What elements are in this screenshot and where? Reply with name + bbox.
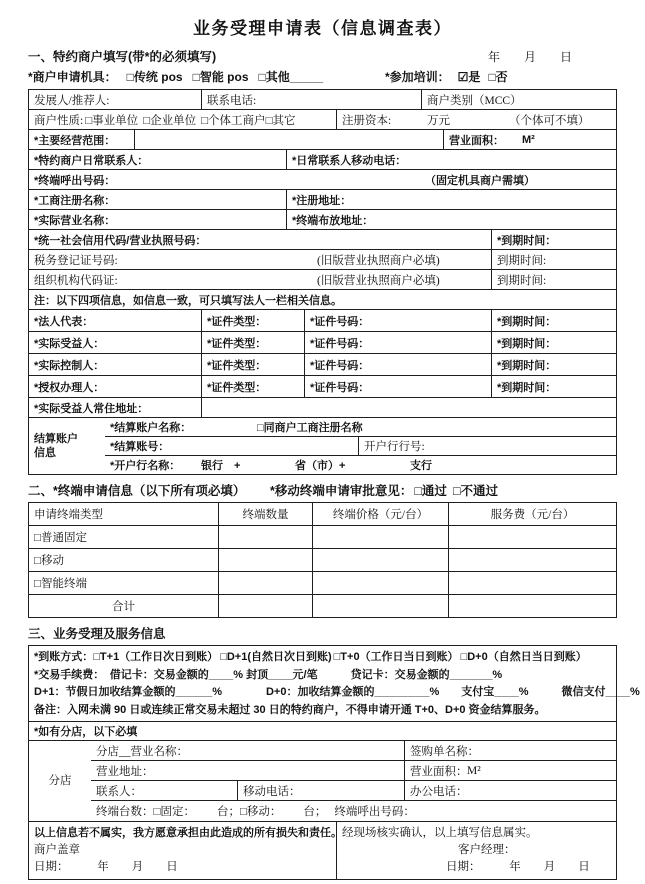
checkbox-approval-fail[interactable]: □不通过 [453,481,498,499]
checkbox-nature-individual[interactable]: □个体工商户 [201,112,265,128]
bank-name-part-subbranch: 支行 [410,457,432,473]
checkbox-nature-institution[interactable]: □事业单位 [85,112,138,128]
application-form-page: 业务受理申请表（信息调查表） 一、特约商户填写(带*的必须填写) 年 月 日 *… [0,0,645,880]
fee-cell [448,549,616,571]
arrival-method-label: *到账方式： [34,649,93,667]
four-items-note: 注：以下四项信息，如信息一致，可只填写法人一栏相关信息。 [29,290,616,309]
capital-note: （个体可不填） [509,112,590,128]
business-scope-input-area [134,130,443,149]
cert-type-label: *证件类型： [201,354,304,375]
authorized-agent-label: *授权办理人： [29,376,201,397]
business-area-unit: M² [522,134,535,146]
checkbox-branch-fixed[interactable]: □固定： [154,803,195,819]
tax-registration-label: 税务登记证号码: [34,252,118,268]
branch-area-cell: 营业面积： M² [404,761,616,780]
table-row: *授权办理人： *证件类型： *证件号码： *到期时间： [29,375,616,397]
branch-dialout-label: 终端呼出号码： [334,803,415,819]
bank-name-cell: *开户行名称： 银行 + 省（市）+ 支行 [105,456,616,474]
cert-expiry-label: *到期时间： [491,354,616,375]
checkbox-arrival-t0[interactable]: □T+0（工作日当日到账） [334,649,459,667]
merchant-nature-label: 商户性质: [34,112,83,128]
branch-block: 分店 分店__营业名称： 签购单名称： 营业地址： 营业面积： M² 联系人： … [29,740,616,821]
table-row: 营业地址： 营业面积： M² [91,760,616,780]
table-row: 分店__营业名称： 签购单名称： [91,741,616,760]
bank-name-label: *开户行名称： [110,457,180,473]
table-row: □智能终端 [29,571,616,594]
old-license-note: (旧版营业执照商户必填) [317,252,440,268]
service-info-box: *到账方式： □T+1（工作日次日到账） □D+1(自然日次日到账) □T+0（… [28,645,617,880]
table-row: *实际受益人： *证件类型： *证件号码： *到期时间： [29,331,616,353]
section3-heading: 三、业务受理及服务信息 [28,624,166,642]
table-row: *结算账户名称： □同商户工商注册名称 [105,418,616,436]
price-cell [312,549,448,571]
cert-number-label: *证件号码： [304,376,491,397]
cert-number-label: *证件号码： [304,354,491,375]
tax-registration-cell: 税务登记证号码: (旧版营业执照商户必填) [29,250,491,269]
qty-cell [218,572,312,594]
price-cell [312,526,448,548]
legal-rep-label: *法人代表： [29,310,201,331]
checkbox-same-as-registered-name[interactable]: □同商户工商注册名称 [257,419,363,435]
checkbox-terminal-type-fixed[interactable]: □普通固定 [29,526,218,548]
table-row: 商户性质: □事业单位 □企业单位 □个体工商户 □其它 注册资本: 万元 （个… [29,109,616,129]
checkbox-terminal-type-smart[interactable]: □智能终端 [29,572,218,594]
terminal-dialout-label: *终端呼出号码： [34,172,115,188]
table-row: *实际营业名称： *终端布放地址： [29,209,616,229]
checkbox-nature-enterprise[interactable]: □企业单位 [143,112,196,128]
checkbox-terminal-type-mobile[interactable]: □移动 [29,549,218,571]
daily-contact-mobile-label: *日常联系人移动电话： [286,150,616,169]
price-cell [312,572,448,594]
daily-contact-label: *特约商户日常联系人： [29,150,286,169]
col-terminal-type: 申请终端类型 [29,503,218,525]
surcharge-line: D+1：节假日加收结算金额的______% D+0：加收结算金额的_______… [34,684,640,702]
settlement-account-name-cell: *结算账户名称： □同商户工商注册名称 [105,418,616,436]
form-date: 年 月 日 [488,48,572,65]
beneficial-owner-address-label: *实际受益人常住地址： [29,398,201,417]
table-row: *实际受益人常住地址： [29,397,616,417]
merchant-nature-cell: 商户性质: □事业单位 □企业单位 □个体工商户 □其它 [29,110,336,129]
total-label: 合计 [29,595,218,617]
bank-branch-number-label: 开户行行号: [358,437,616,455]
registered-capital-cell: 注册资本: 万元 （个体可不填） [336,110,616,129]
checkbox-approval-pass[interactable]: □通过 [414,481,447,499]
actual-controller-label: *实际控制人： [29,354,201,375]
table-row: *主要经营范围： 营业面积： M² [29,129,616,149]
checkbox-smart-pos[interactable]: □智能 pos [193,68,249,85]
business-area-cell: 营业面积： M² [443,130,616,149]
table-row: 终端台数： □固定： 台； □移动： 台； 终端呼出号码： [91,800,616,820]
sales-slip-name-label: 签购单名称： [404,741,616,760]
cert-type-label: *证件类型： [201,332,304,353]
bank-name-part-bank: 银行 + [201,457,240,473]
col-terminal-qty: 终端数量 [218,503,312,525]
branch-address-label: 营业地址： [91,761,404,780]
form-title: 业务受理申请表（信息调查表） [28,14,617,39]
checkbox-other-apparatus[interactable]: □其他_____ [259,68,324,85]
merchant-seal-label: 商户盖章 [34,842,331,859]
checkbox-arrival-d1[interactable]: □D+1(自然日次日到账) [220,649,331,667]
beneficial-owner-label: *实际受益人： [29,332,201,353]
credit-code-label: *统一社会信用代码/营业执照号码： [29,230,491,249]
manager-date-label: 日期： 年 月 日 [446,859,611,876]
table-row: 税务登记证号码: (旧版营业执照商户必填) 到期时间: [29,249,616,269]
section2-heading: 二、*终端申请信息（以下所有项必填） [28,481,245,499]
branch-mobile-unit: 台； [303,803,326,819]
fee-cell [448,526,616,548]
terminal-placement-label: *终端布放地址： [286,210,616,229]
business-area-label: 营业面积： [449,132,504,148]
checkbox-branch-mobile[interactable]: □移动： [240,803,281,819]
registered-capital-label: 注册资本: [342,112,391,128]
settlement-account-name-label: *结算账户名称： [110,419,191,435]
col-terminal-price: 终端价格（元/台） [312,503,448,525]
org-code-label: 组织机构代码证: [34,272,118,288]
mcc-label: 商户类别（MCC） [421,90,616,109]
settlement-account-number-label: *结算账号： [105,437,358,455]
branch-fixed-unit: 台； [217,803,240,819]
contact-phone-label: 联系电话: [201,90,421,109]
fee-cell [448,595,616,617]
signature-block: 以上信息若不属实，我方愿意承担由此造成的所有损失和责任。 商户盖章 日期： 年 … [29,821,616,879]
branch-terminal-count-label: 终端台数： [96,803,154,819]
table-row: *开户行名称： 银行 + 省（市）+ 支行 [105,455,616,474]
section1-heading: 一、特约商户填写(带*的必须填写) [28,47,216,65]
table-header-row: 申请终端类型 终端数量 终端价格（元/台） 服务费（元/台） [29,503,616,525]
settlement-account-block: 结算账户 信息 *结算账户名称： □同商户工商注册名称 *结算账号： 开户行行号… [29,417,616,474]
branch-office-phone-label: 办公电话： [404,781,616,800]
terminal-dialout-cell: *终端呼出号码： （固定机具商户需填） [29,170,616,189]
table-row: *工商注册名称： *注册地址： [29,189,616,209]
mobile-terminal-approval-label: *移动终端申请审批意见： [270,481,412,499]
actual-business-name-label: *实际营业名称： [29,210,286,229]
table-row: □普通固定 [29,525,616,548]
branch-area-label: 营业面积： [410,763,468,779]
cert-number-label: *证件号码： [304,332,491,353]
table-row: 注：以下四项信息，如信息一致，可只填写法人一栏相关信息。 [29,289,616,309]
old-license-note: (旧版营业执照商户必填) [317,272,440,288]
checkbox-training-no[interactable]: □否 [488,68,507,85]
business-scope-label: *主要经营范围： [29,130,134,149]
tax-expiry-label: 到期时间: [491,250,616,269]
cert-type-label: *证件类型： [201,310,304,331]
table-row: 组织机构代码证: (旧版营业执照商户必填) 到期时间: [29,269,616,289]
bank-name-part-province: 省（市）+ [295,457,345,473]
account-manager-label: 客户经理： [458,842,611,859]
registered-name-label: *工商注册名称： [29,190,286,209]
table-row: *统一社会信用代码/营业执照号码： *到期时间： [29,229,616,249]
table-row: *特约商户日常联系人： *日常联系人移动电话： [29,149,616,169]
merchant-declaration-cell: 以上信息若不属实，我方愿意承担由此造成的所有损失和责任。 商户盖章 日期： 年 … [29,822,336,879]
fixed-apparatus-note: （固定机具商户需填） [425,172,535,188]
branch-group-label: 分店 [29,741,91,821]
credit-code-expiry-label: *到期时间： [491,230,616,249]
checkbox-nature-other[interactable]: □其它 [266,112,296,128]
verification-cell: 经现场核实确认，以上填写信息属实。 客户经理： 日期： 年 月 日 [336,822,616,879]
capital-unit-label: 万元 [427,112,450,128]
fee-cell [448,572,616,594]
remark-line: 备注：入网未满 90 日或连续正常交易未超过 30 日的特约商户，不得申请开通 … [34,702,546,720]
cert-type-label: *证件类型： [201,376,304,397]
table-row: □移动 [29,548,616,571]
checkbox-training-yes[interactable]: ☑是 [458,68,481,85]
checkbox-arrival-d0[interactable]: □D+0（自然日当日到账） [461,649,587,667]
verification-statement: 经现场核实确认，以上填写信息属实。 [342,825,611,842]
training-label: *参加培训： [385,68,450,85]
apparatus-label: *商户申请机具： [28,68,117,85]
terminal-application-table: 申请终端类型 终端数量 终端价格（元/台） 服务费（元/台） □普通固定 □移动… [28,502,617,618]
table-row: 发展人/推荐人: 联系电话: 商户类别（MCC） [29,90,616,109]
qty-cell [218,526,312,548]
table-row: *法人代表： *证件类型： *证件号码： *到期时间： [29,309,616,331]
table-row: *实际控制人： *证件类型： *证件号码： *到期时间： [29,353,616,375]
branch-mobile-label: 移动电话： [237,781,404,800]
col-service-fee: 服务费（元/台） [448,503,616,525]
merchant-declaration: 以上信息若不属实，我方愿意承担由此造成的所有损失和责任。 [34,825,331,842]
merchant-info-table: 发展人/推荐人: 联系电话: 商户类别（MCC） 商户性质: □事业单位 □企业… [28,89,617,475]
table-row: 合计 [29,594,616,617]
qty-cell [218,549,312,571]
qty-cell [218,595,312,617]
table-row: *终端呼出号码： （固定机具商户需填） [29,169,616,189]
checkbox-arrival-t1[interactable]: □T+1（工作日次日到账） [93,649,218,667]
settlement-account-group-label: 结算账户 信息 [29,418,105,474]
branch-business-name-label: 分店__营业名称： [91,741,404,760]
org-code-expiry-label: 到期时间: [491,270,616,289]
transaction-fee-line: *交易手续费： 借记卡：交易金额的____% 封顶____元/笔 贷记卡：交易金… [34,667,502,685]
branch-required-note: *如有分店，以下必填 [29,721,616,740]
cert-expiry-label: *到期时间： [491,376,616,397]
branch-area-unit: M² [467,765,481,777]
price-cell [312,595,448,617]
cert-expiry-label: *到期时间： [491,310,616,331]
table-row: *结算账号： 开户行行号: [105,436,616,455]
cert-number-label: *证件号码： [304,310,491,331]
branch-contact-label: 联系人： [91,781,237,800]
registered-address-label: *注册地址： [286,190,616,209]
cert-expiry-label: *到期时间： [491,332,616,353]
org-code-cell: 组织机构代码证: (旧版营业执照商户必填) [29,270,491,289]
checkbox-traditional-pos[interactable]: □传统 pos [127,68,183,85]
table-row: 联系人： 移动电话： 办公电话： [91,780,616,800]
branch-terminal-count-cell: 终端台数： □固定： 台； □移动： 台； 终端呼出号码： [91,801,616,820]
developer-referrer-label: 发展人/推荐人: [29,90,201,109]
merchant-date-label: 日期： 年 月 日 [34,859,331,876]
beneficial-owner-address-input-area [201,398,616,417]
